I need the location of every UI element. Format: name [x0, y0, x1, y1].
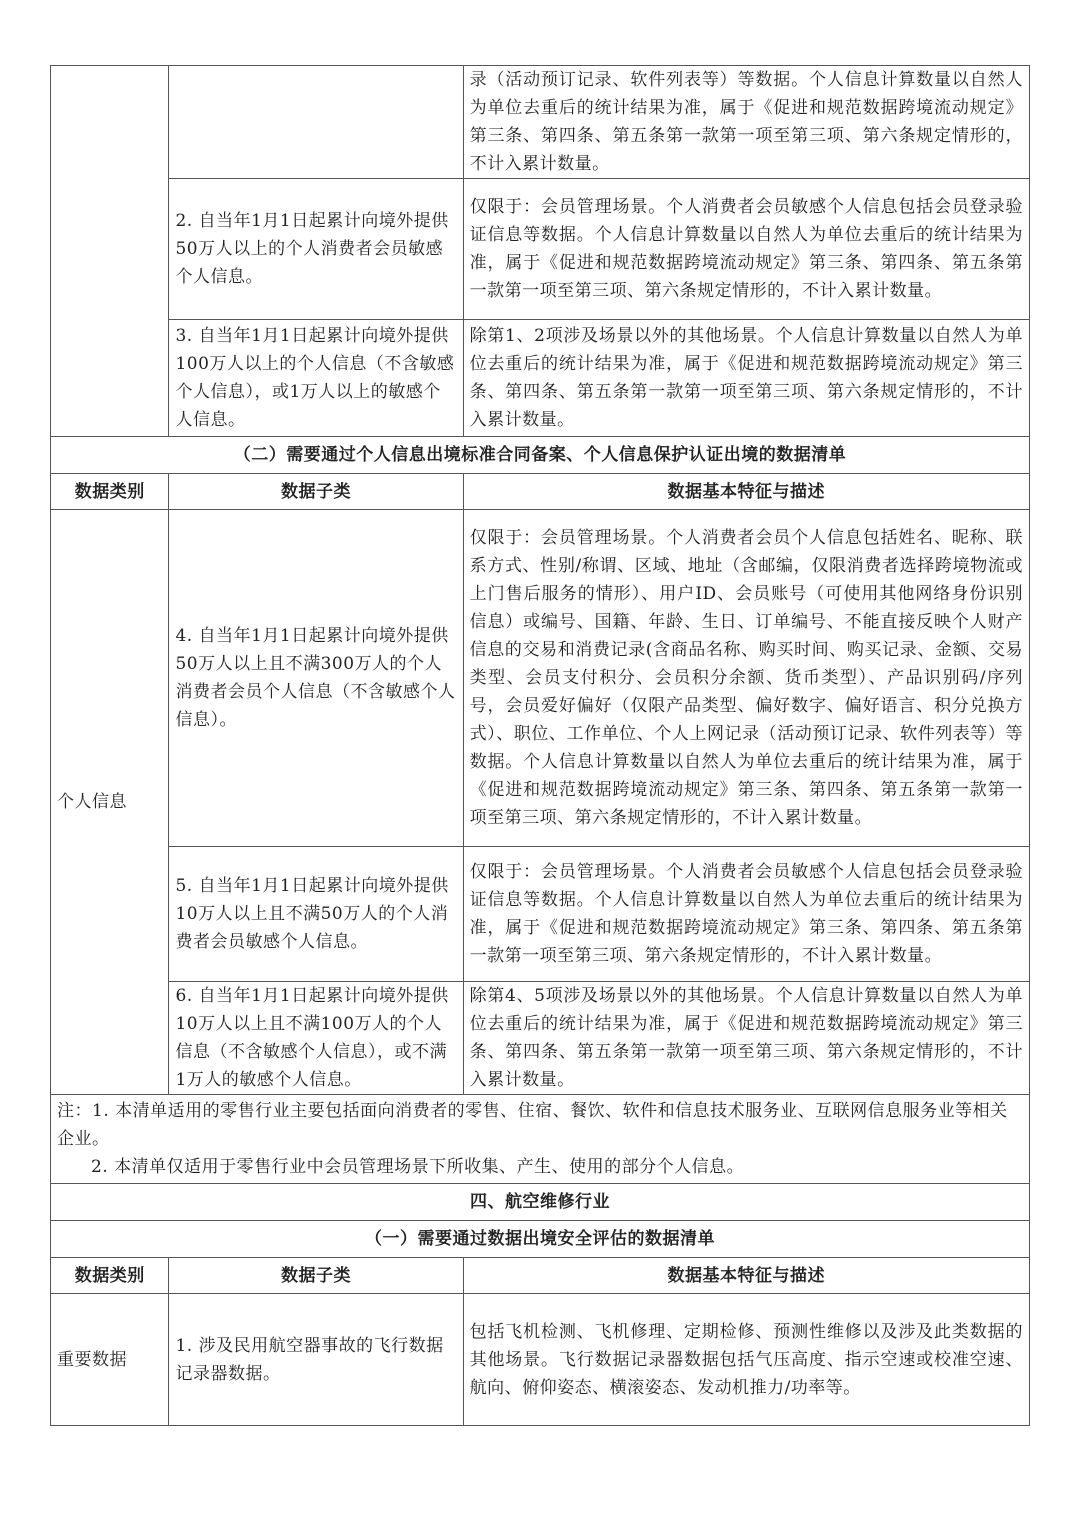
table-row: 3. 自当年1月1日起累计向境外提供100万人以上的个人信息（不含敏感个人信息）… [51, 320, 1030, 437]
description-cell: 仅限于：会员管理场景。个人消费者会员个人信息包括姓名、昵称、联系方式、性别/称谓… [463, 510, 1029, 847]
note-cell: 注：1. 本清单适用的零售行业主要包括面向消费者的零售、住宿、餐饮、软件和信息技… [51, 1095, 1030, 1184]
table-row: 5. 自当年1月1日起累计向境外提供10万人以上且不满50万人的个人消费者会员敏… [51, 847, 1030, 982]
subcategory-cell: 1. 涉及民用航空器事故的飞行数据记录器数据。 [169, 1294, 463, 1426]
category-cell: 重要数据 [51, 1294, 169, 1426]
column-header-description: 数据基本特征与描述 [463, 474, 1029, 510]
description-cell: 录（活动预订记录、软件列表等）等数据。个人信息计算数量以自然人为单位去重后的统计… [463, 66, 1029, 179]
column-header-category: 数据类别 [51, 1258, 169, 1294]
table-row: 个人信息 4. 自当年1月1日起累计向境外提供50万人以上且不满300万人的个人… [51, 510, 1030, 847]
table-row: 录（活动预订记录、软件列表等）等数据。个人信息计算数量以自然人为单位去重后的统计… [51, 66, 1030, 179]
category-cell [51, 66, 169, 437]
section-header-row: （一）需要通过数据出境安全评估的数据清单 [51, 1221, 1030, 1258]
column-header-row: 数据类别 数据子类 数据基本特征与描述 [51, 1258, 1030, 1294]
description-cell: 仅限于：会员管理场景。个人消费者会员敏感个人信息包括会员登录验证信息等数据。个人… [463, 179, 1029, 320]
column-header-description: 数据基本特征与描述 [463, 1258, 1029, 1294]
subcategory-cell: 6. 自当年1月1日起累计向境外提供10万人以上且不满100万人的个人信息（不含… [169, 982, 463, 1095]
column-header-row: 数据类别 数据子类 数据基本特征与描述 [51, 474, 1030, 510]
table-row: 重要数据 1. 涉及民用航空器事故的飞行数据记录器数据。 包括飞机检测、飞机修理… [51, 1294, 1030, 1426]
description-cell: 包括飞机检测、飞机修理、定期检修、预测性维修以及涉及此类数据的其他场景。飞行数据… [463, 1294, 1029, 1426]
section-title: （二）需要通过个人信息出境标准合同备案、个人信息保护认证出境的数据清单 [51, 437, 1030, 474]
category-cell: 个人信息 [51, 510, 169, 1095]
note-line-2: 2. 本清单仅适用于零售行业中会员管理场景下所收集、产生、使用的部分个人信息。 [57, 1153, 1023, 1181]
section-header-row: （二）需要通过个人信息出境标准合同备案、个人信息保护认证出境的数据清单 [51, 437, 1030, 474]
note-row: 注：1. 本清单适用的零售行业主要包括面向消费者的零售、住宿、餐饮、软件和信息技… [51, 1095, 1030, 1184]
industry-title: 四、航空维修行业 [51, 1184, 1030, 1221]
column-header-subcategory: 数据子类 [169, 474, 463, 510]
table-row: 2. 自当年1月1日起累计向境外提供50万人以上的个人消费者会员敏感个人信息。 … [51, 179, 1030, 320]
column-header-category: 数据类别 [51, 474, 169, 510]
subcategory-cell: 5. 自当年1月1日起累计向境外提供10万人以上且不满50万人的个人消费者会员敏… [169, 847, 463, 982]
subcategory-cell: 4. 自当年1月1日起累计向境外提供50万人以上且不满300万人的个人消费者会员… [169, 510, 463, 847]
table-row: 6. 自当年1月1日起累计向境外提供10万人以上且不满100万人的个人信息（不含… [51, 982, 1030, 1095]
subcategory-cell [169, 66, 463, 179]
column-header-subcategory: 数据子类 [169, 1258, 463, 1294]
description-cell: 仅限于：会员管理场景。个人消费者会员敏感个人信息包括会员登录验证信息等数据。个人… [463, 847, 1029, 982]
subcategory-cell: 2. 自当年1月1日起累计向境外提供50万人以上的个人消费者会员敏感个人信息。 [169, 179, 463, 320]
section-title: （一）需要通过数据出境安全评估的数据清单 [51, 1221, 1030, 1258]
description-cell: 除第1、2项涉及场景以外的其他场景。个人信息计算数量以自然人为单位去重后的统计结… [463, 320, 1029, 437]
industry-header-row: 四、航空维修行业 [51, 1184, 1030, 1221]
subcategory-cell: 3. 自当年1月1日起累计向境外提供100万人以上的个人信息（不含敏感个人信息）… [169, 320, 463, 437]
data-list-table: 录（活动预订记录、软件列表等）等数据。个人信息计算数量以自然人为单位去重后的统计… [50, 65, 1030, 1426]
description-cell: 除第4、5项涉及场景以外的其他场景。个人信息计算数量以自然人为单位去重后的统计结… [463, 982, 1029, 1095]
note-line-1: 注：1. 本清单适用的零售行业主要包括面向消费者的零售、住宿、餐饮、软件和信息技… [57, 1101, 1008, 1149]
